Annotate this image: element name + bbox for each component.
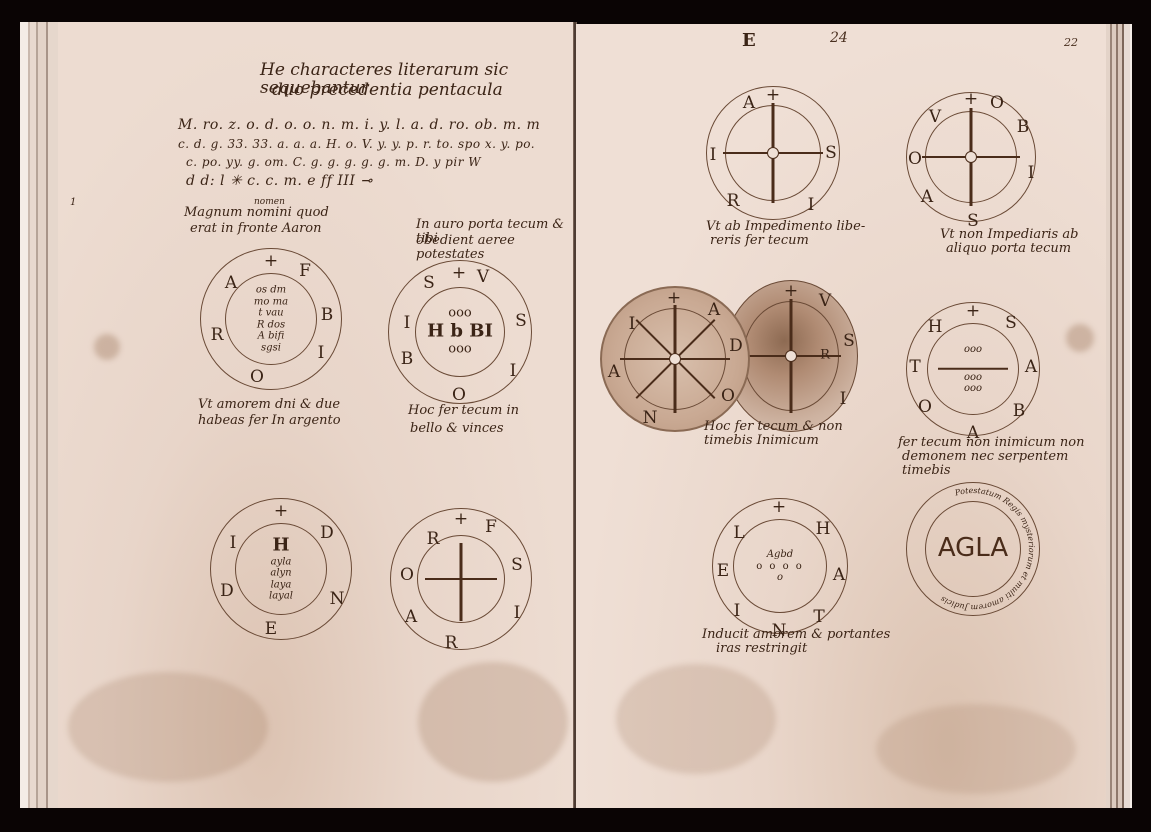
caption-seal-6-line-1: Vt non Impediaris ab bbox=[940, 228, 1078, 242]
left-page-edges bbox=[20, 22, 60, 808]
caption-magnum-line-2: erat in fronte Aaron bbox=[190, 222, 322, 236]
svg-text:Potestatum Regis mysteriorum e: Potestatum Regis mysteriorum et multi am… bbox=[939, 486, 1036, 612]
cipher-line-1: M. ro. z. o. d. o. o. n. m. i. y. l. a. … bbox=[178, 118, 540, 133]
seal-center-text: H ayla alyn laya layal bbox=[269, 536, 293, 603]
caption-seal-10-line-1: Inducit amorem & portantes bbox=[702, 628, 890, 642]
seal-sabaoth: + S A B A O T H ooo ooo ooo bbox=[906, 302, 1040, 436]
folio-number: 24 bbox=[830, 30, 848, 46]
page-number: 22 bbox=[1064, 36, 1078, 49]
caption-seal-2-line-2: bello & vinces bbox=[410, 422, 504, 436]
stain bbox=[1066, 324, 1094, 352]
margin-mark: E bbox=[742, 32, 756, 51]
caption-seal-1-line-2: habeas fer In argento bbox=[198, 414, 341, 428]
caption-seal-5-line-1: Vt ab Impedimento libe- bbox=[706, 220, 865, 234]
seal-hatniel: + H A T N I E L Agbd o o o o o bbox=[712, 498, 848, 634]
caption-seal-5-line-2: reris fer tecum bbox=[710, 234, 809, 248]
seal-asiri: + A S I R I bbox=[706, 86, 840, 220]
cipher-line-3: c. po. yy. g. om. C. g. g. g. g. g. m. D… bbox=[186, 156, 481, 169]
water-stain bbox=[616, 664, 776, 774]
seal-adonai: + A D O N A I bbox=[600, 286, 750, 432]
caption-seal-6-line-2: aliquo porta tecum bbox=[946, 242, 1071, 256]
seal-fsirao: + F S I R A O R bbox=[390, 508, 532, 650]
cipher-line-2: c. d. g. 33. 33. a. a. a. H. o. V. y. y.… bbox=[178, 138, 535, 151]
seal-agla: AGLA Potestatum Regis mysteriorum et mul… bbox=[906, 482, 1040, 616]
caption-seal-8-line-2: timebis Inimicum bbox=[704, 434, 819, 448]
right-page: E 24 22 + A S I R I Vt ab Impedimento li… bbox=[576, 24, 1106, 808]
seal-center-text: ooo H b BI ooo bbox=[427, 307, 493, 358]
right-page-edges bbox=[1104, 24, 1132, 808]
cipher-line-4: d d: l ✳ c. c. m. e ff III ⊸ bbox=[186, 174, 373, 189]
seal-ring-text: Potestatum Regis mysteriorum et multi am… bbox=[907, 483, 1039, 615]
seal-dned: + D N E D I H ayla alyn laya layal bbox=[210, 498, 352, 640]
stain bbox=[94, 334, 120, 360]
water-stain bbox=[876, 704, 1076, 794]
caption-seal-9-line-2: demonem nec serpentem timebis bbox=[902, 450, 1106, 477]
seal-center-text: ooo ooo ooo bbox=[938, 344, 1008, 395]
caption-seal-10-line-2: iras restringit bbox=[716, 642, 807, 656]
seal-obisaov: + O B I S A O V bbox=[906, 92, 1036, 222]
heading-line-2: duo precedentia pentacula bbox=[272, 82, 503, 100]
seal-center-text: os dm mo ma t vau R dos A bifi sgsi bbox=[254, 285, 288, 354]
caption-seal-1-line-1: Vt amorem dni & due bbox=[198, 398, 340, 412]
caption-magnum-line-1: Magnum nomini quod bbox=[184, 206, 329, 220]
caption-seal-2-line-1: Hoc fer tecum in bbox=[408, 404, 519, 418]
caption-seal-9-line-1: fer tecum non inimicum non bbox=[898, 436, 1084, 450]
page-mark: 1 bbox=[70, 198, 76, 209]
seal-fbiora: + F B I O R A os dm mo ma t vau R dos A … bbox=[200, 248, 342, 390]
caption-auro-line-2: obedient aeree potestates bbox=[416, 234, 574, 261]
manuscript-book: He characteres literarum sic sequebantur… bbox=[0, 0, 1151, 832]
seal-sibois: + V S I O B I S ooo H b BI ooo bbox=[388, 260, 532, 404]
water-stain bbox=[418, 662, 568, 782]
left-page: He characteres literarum sic sequebantur… bbox=[58, 22, 574, 808]
seal-center-text: Agbd o o o o o bbox=[756, 549, 804, 584]
caption-seal-8-line-1: Hoc fer tecum & non bbox=[704, 420, 843, 434]
water-stain bbox=[68, 672, 268, 782]
